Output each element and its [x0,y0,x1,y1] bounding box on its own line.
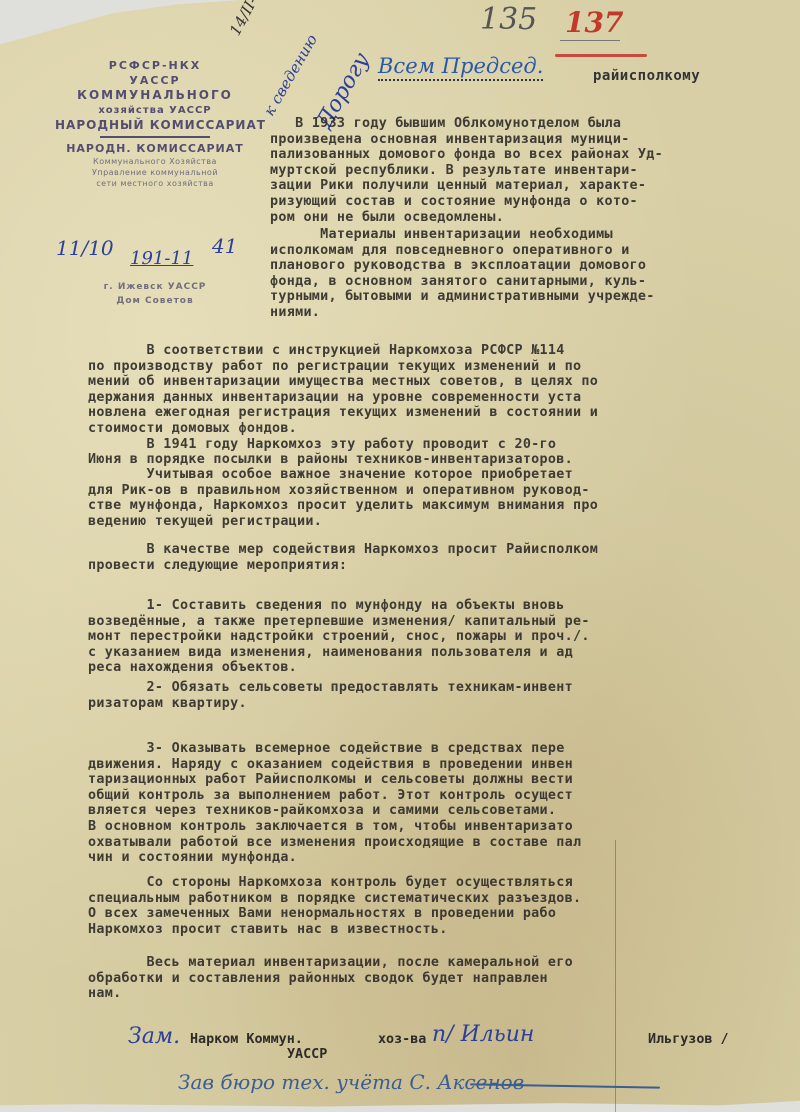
paragraph-line: движения. Наряду с оказанием содействия … [88,757,581,773]
signature-org: хоз-ва [378,1032,426,1047]
signature-title-prefix: Зам. [128,1024,180,1049]
paragraph-line: ризаторам квартиру. [88,696,573,712]
paragraph-line: ведению текущей регистрации. [88,514,598,530]
paragraph-line: ром они не были осведомлены. [270,210,663,226]
paragraph-line: нам. [88,986,573,1002]
paragraph-line: с указанием вида изменения, наименования… [88,645,590,661]
paragraph-line: для Рик-ов в правильном хозяйственном и … [88,483,598,499]
paragraph-line: новлена ежегодная регистрация текущих из… [88,405,598,421]
paragraph: 3- Оказывать всемерное содействие в сред… [88,741,581,866]
paragraph-line: Июня в порядке посылки в районы техников… [88,452,598,468]
paragraph: Материалы инвентаризации необходимыиспол… [270,227,655,321]
paper-fold-line [615,840,616,1112]
paragraph-line: В качестве мер содействия Наркомхоз прос… [88,542,598,558]
paragraph: В соответствии с инструкцией Наркомхоза … [88,343,598,468]
signature-title-line2: УАССР [287,1047,327,1062]
paragraph-line: по производству работ по регистрации тек… [88,359,598,375]
stamp-line: сети местного хозяйства [55,178,255,189]
paragraph-line: таризационных работ Райисполкомы и сельс… [88,772,581,788]
paragraph-line: 3- Оказывать всемерное содействие в сред… [88,741,581,757]
stamp-rule [100,136,210,138]
stamp-line: Управление коммунальной [55,167,255,178]
paragraph: 2- Обязать сельсоветы предоставлять техн… [88,680,573,711]
paragraph-line: О всех замеченных Вами ненормальностях в… [88,906,581,922]
paragraph-line: вляется через техников-райкомхоза и сами… [88,803,581,819]
paragraph-line: ниями. [270,305,655,321]
paragraph-line: турными, бытовыми и административными уч… [270,289,655,305]
signature-title: Нарком Коммун. [190,1032,303,1047]
paragraph: Учитывая особое важное значение которое … [88,467,598,529]
paragraph: В качестве мер содействия Наркомхоз прос… [88,542,598,573]
paragraph-line: Материалы инвентаризации необходимы [270,227,655,243]
paragraph-line: держания данных инвентаризации на уровне… [88,390,598,406]
paragraph-line: монт перестройки надстройки строений, сн… [88,629,590,645]
stamp-line: хозяйства УАССР [55,103,255,118]
paragraph-line: произведена основная инвентаризация муни… [270,132,663,148]
footer-handwritten-note: Зав бюро тех. учёта С. Аксенов [178,1070,524,1094]
paragraph: Весь материал инвентаризации, после каме… [88,955,573,1002]
paragraph-line: пализованных домового фонда во всех райо… [270,147,663,163]
stamp-registration-year: 41 [212,234,237,258]
stamp-line: РСФСР-НКХ [55,58,255,73]
stamp-city-line: г. Ижевск УАССР [80,280,230,294]
archive-number-new: 137 [565,6,623,39]
paragraph-line: 2- Обязать сельсоветы предоставлять техн… [88,680,573,696]
organization-stamp: РСФСР-НКХ УАССР КОММУНАЛЬНОГО хозяйства … [55,58,255,189]
paragraph-line: зации Рики получили ценный материал, хар… [270,178,663,194]
paragraph: В 1933 году бывшим Облкомунотделом былап… [270,116,663,225]
paragraph-line: общий контроль за выполнением работ. Это… [88,788,581,804]
paragraph-line: специальным работником в порядке система… [88,891,581,907]
handwritten-signature: п/ Ильин [432,1022,534,1047]
paragraph-line: стве мунфонда, Наркомхоз просит уделить … [88,498,598,514]
paragraph: 1- Составить сведения по мунфонду на объ… [88,598,590,676]
paragraph-line: исполкомам для повседневного оперативног… [270,243,655,259]
stamp-registration-code: 191-11 [130,248,193,269]
paragraph-line: В основном контроль заключается в том, ч… [88,819,581,835]
paragraph-line: стоимости домовых фондов. [88,421,598,437]
archive-number-underline [560,40,620,41]
paragraph: Со стороны Наркомхоза контроль будет осу… [88,875,581,937]
stamp-line: НАРОДН. КОМИССАРИАТ [55,141,255,156]
addressee-handwritten: Всем Председ. [378,54,543,81]
paragraph-line: обработки и составления районных сводок … [88,971,573,987]
red-pen-stroke [555,54,647,57]
paragraph-line: В 1941 году Наркомхоз эту работу проводи… [88,437,598,453]
paragraph-line: Наркомхоз просит ставить нас в известнос… [88,922,581,938]
paragraph-line: охватывали работой все изменения происхо… [88,835,581,851]
paragraph-line: чин и состоянии мунфонда. [88,850,581,866]
paragraph-line: планового руководства в эксплоатации дом… [270,258,655,274]
stamp-line: КОММУНАЛЬНОГО [55,88,255,103]
addressee-typed: райисполкому [593,68,700,84]
stamp-line: НАРОДНЫЙ КОМИССАРИАТ [55,118,255,133]
paragraph-line: Весь материал инвентаризации, после каме… [88,955,573,971]
paragraph-line: В 1933 году бывшим Облкомунотделом была [270,116,663,132]
paragraph-line: муртской республики. В результате инвент… [270,163,663,179]
paragraph-line: ризующий состав и состояние мунфонда о к… [270,194,663,210]
stamp-line: Коммунального Хозяйства [55,156,255,167]
paragraph-line: Со стороны Наркомхоза контроль будет осу… [88,875,581,891]
paragraph-line: Учитывая особое важное значение которое … [88,467,598,483]
paragraph-line: фонда, в основном занятого санитарными, … [270,274,655,290]
paragraph-line: возведённые, а также претерпевшие измене… [88,614,590,630]
signatory-name: Ильгузов / [648,1032,729,1047]
stamp-city-line: Дом Советов [80,294,230,308]
stamp-registration-number: 11/10 [56,236,114,260]
paragraph-line: мений об инвентаризации имущества местны… [88,374,598,390]
archive-number-old: 135 [480,2,537,37]
paragraph-line: реса нахождения объектов. [88,660,590,676]
stamp-city: г. Ижевск УАССР Дом Советов [80,280,230,308]
paragraph-line: В соответствии с инструкцией Наркомхоза … [88,343,598,359]
paragraph-line: провести следующие мероприятия: [88,558,598,574]
stamp-line: УАССР [55,73,255,88]
paragraph-line: 1- Составить сведения по мунфонду на объ… [88,598,590,614]
